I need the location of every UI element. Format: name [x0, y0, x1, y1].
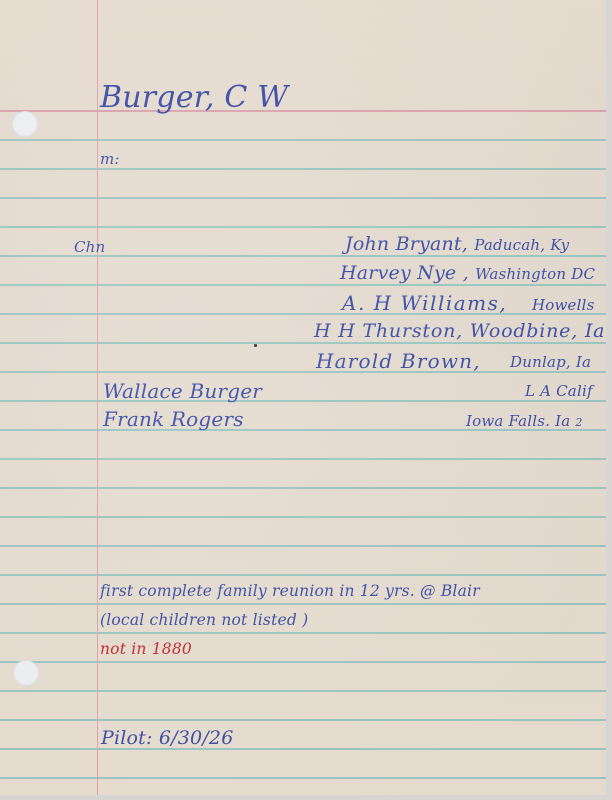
rule-line	[0, 371, 606, 373]
iowa-falls-suffix: 2	[575, 416, 582, 429]
rule-line	[0, 545, 606, 547]
note-local-children: (local children not listed )	[100, 611, 308, 629]
punch-hole-bottom	[13, 660, 39, 686]
rule-line	[0, 748, 606, 750]
child-name: Harold Brown	[316, 349, 473, 373]
child-location-6: L A Calif	[525, 382, 593, 400]
child-name-6: Wallace Burger	[103, 379, 262, 403]
rule-line	[0, 284, 606, 286]
married-label: m:	[100, 150, 120, 168]
rule-line	[0, 516, 606, 518]
rule-line	[0, 574, 606, 576]
rule-line	[0, 197, 606, 199]
note-reunion: first complete family reunion in 12 yrs.…	[100, 582, 480, 600]
child-entry-3: A. H Williams,	[342, 291, 507, 315]
rule-line	[0, 458, 606, 460]
rule-line	[0, 342, 606, 344]
rule-line	[0, 603, 606, 605]
child-entry-1: John Bryant, Paducah, Ky	[345, 233, 569, 255]
footer-pilot-date: Pilot: 6/30/26	[101, 727, 234, 749]
red-note-census: not in 1880	[100, 640, 192, 658]
child-name: A. H Williams	[342, 291, 499, 315]
punch-hole-top	[12, 111, 38, 137]
rule-line	[0, 313, 606, 315]
child-location: Washington DC	[475, 265, 595, 283]
child-entry-5: Harold Brown,	[316, 349, 481, 373]
rule-line	[0, 168, 606, 170]
child-entry-4: H H Thurston, Woodbine, Ia	[314, 320, 605, 342]
child-location: Paducah, Ky	[474, 236, 569, 254]
child-name: John Bryant	[345, 233, 462, 255]
child-location: Woodbine, Ia	[470, 320, 606, 342]
heading-name: Burger, C W	[100, 80, 288, 115]
margin-line	[97, 0, 98, 795]
rule-line	[0, 487, 606, 489]
rule-line	[0, 661, 606, 663]
child-name-7: Frank Rogers	[103, 407, 244, 431]
child-location-7: Iowa Falls. Ia 2	[466, 412, 583, 430]
ink-speck	[254, 344, 257, 347]
child-location-5: Dunlap, Ia	[510, 353, 591, 371]
rule-line	[0, 139, 606, 141]
child-entry-2: Harvey Nye , Washington DC	[340, 262, 595, 284]
child-name: Harvey Nye	[340, 262, 456, 284]
rule-line	[0, 632, 606, 634]
rule-line	[0, 719, 606, 721]
rule-line	[0, 400, 606, 402]
child-name: H H Thurston	[314, 320, 456, 342]
top-rule-line	[0, 110, 606, 112]
children-label: Chn	[74, 238, 105, 256]
rule-line	[0, 777, 606, 779]
notebook-page: Burger, C W m: Chn John Bryant, Paducah,…	[0, 0, 606, 795]
rule-line	[0, 690, 606, 692]
rule-line	[0, 226, 606, 228]
child-location-3: Howells	[532, 296, 595, 314]
